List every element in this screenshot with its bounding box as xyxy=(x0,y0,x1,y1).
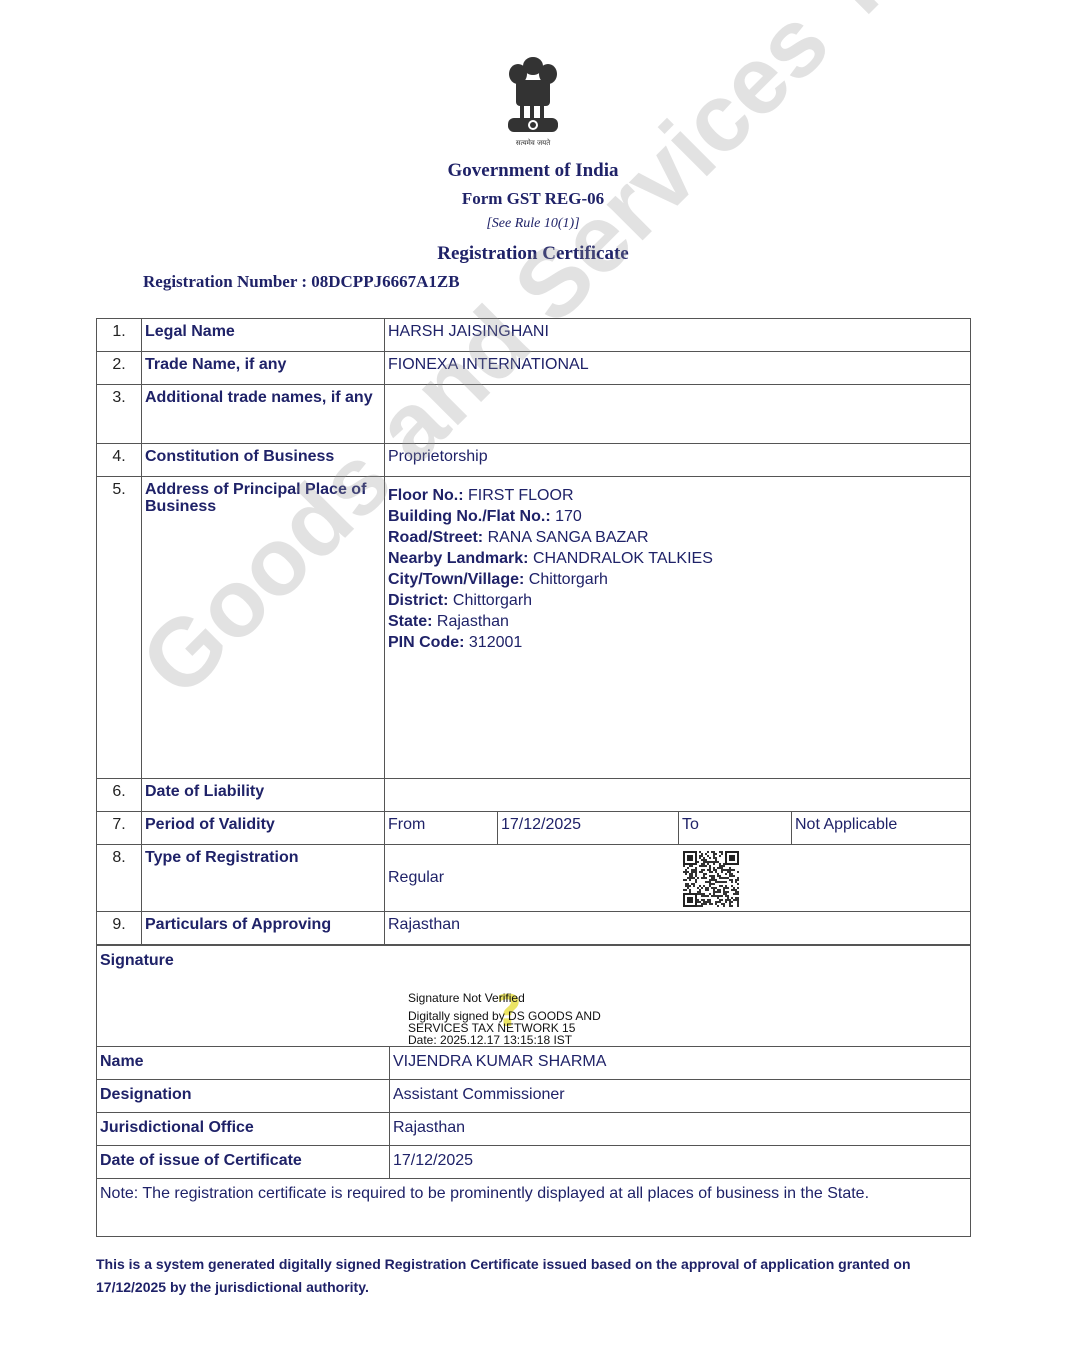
table-row: 6.Date of Liability xyxy=(97,779,971,812)
national-emblem-icon: सत्यमेव जयते xyxy=(500,52,566,148)
table-row: 1.Legal NameHARSH JAISINGHANI xyxy=(97,319,971,352)
table-row: 4.Constitution of BusinessProprietorship xyxy=(97,444,971,477)
address-cell: Floor No.: FIRST FLOOR Building No./Flat… xyxy=(385,477,971,779)
table-row: 7.Period of Validity From 17/12/2025 To … xyxy=(97,812,971,845)
table-row: 8.Type of RegistrationRegular xyxy=(97,845,971,912)
signature-table: Signature ? Signature Not Verified Digit… xyxy=(96,945,971,1237)
signature-block: Signature ? Signature Not Verified Digit… xyxy=(100,952,967,1046)
government-title: Government of India xyxy=(0,160,1066,182)
registration-details-table: 1.Legal NameHARSH JAISINGHANI 2.Trade Na… xyxy=(96,318,971,945)
qr-code-icon xyxy=(683,851,739,907)
table-row: 9.Particulars of ApprovingRajasthan xyxy=(97,912,971,945)
rule-reference: [See Rule 10(1)] xyxy=(0,216,1066,232)
form-title: Form GST REG-06 xyxy=(0,189,1066,209)
footer-disclaimer: This is a system generated digitally sig… xyxy=(96,1253,966,1299)
note: Note: The registration certificate is re… xyxy=(97,1179,971,1237)
table-row: 5.Address of Principal Place of Business… xyxy=(97,477,971,779)
certificate-title: Registration Certificate xyxy=(0,243,1066,265)
table-row: 3.Additional trade names, if any xyxy=(97,385,971,444)
svg-text:सत्यमेव जयते: सत्यमेव जयते xyxy=(516,138,551,147)
signature-label: Signature xyxy=(100,952,967,970)
table-row: 2.Trade Name, if anyFIONEXA INTERNATIONA… xyxy=(97,352,971,385)
registration-number: Registration Number : 08DCPPJ6667A1ZB xyxy=(143,272,460,292)
digital-signature-info: Signature Not Verified Digitally signed … xyxy=(408,992,601,1046)
